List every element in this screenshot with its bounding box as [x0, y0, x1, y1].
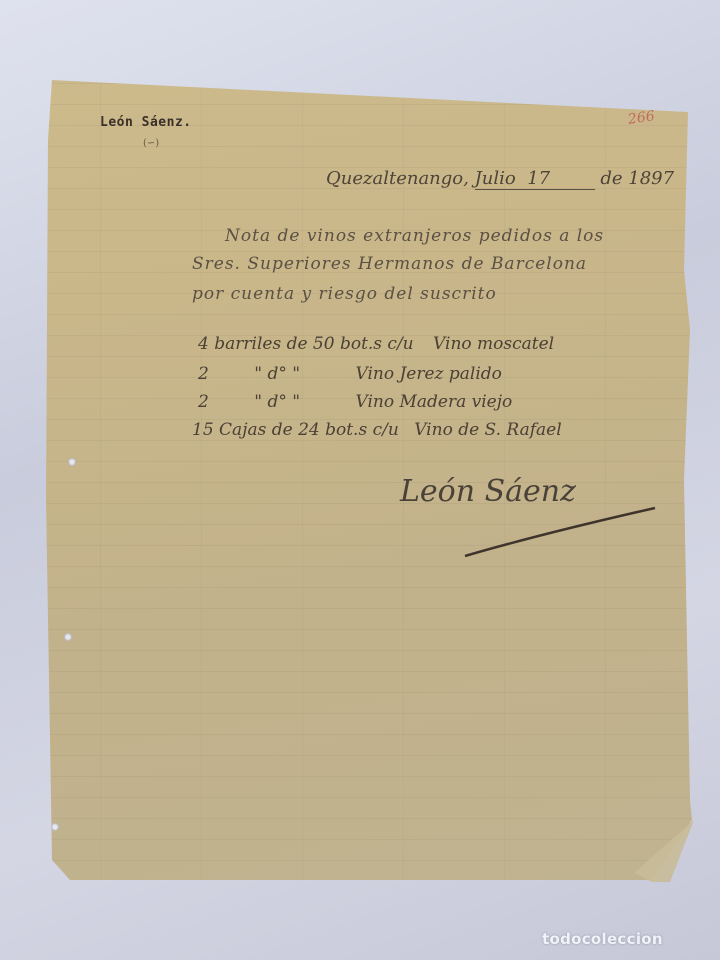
document-photo: León Sáenz. (∽) 266 Quezaltenango, Julio…: [0, 0, 720, 960]
signature-flourish: [460, 500, 660, 560]
date-de: de: [600, 168, 622, 189]
punch-hole: [64, 633, 72, 641]
body-line: Sres. Superiores Hermanos de Barcelona: [192, 254, 587, 274]
order-item: 15 Cajas de 24 bot.s c/u Vino de S. Rafa…: [192, 420, 562, 440]
letter-sheet: [0, 0, 720, 960]
body-line: por cuenta y riesgo del suscrito: [192, 284, 497, 304]
date-line: Quezaltenango, Julio 17 de 1897: [326, 168, 674, 190]
date-place: Quezaltenango,: [326, 168, 469, 189]
date-year: 1897: [628, 168, 674, 189]
order-item: 2 " d° " Vino Madera viejo: [198, 392, 512, 412]
letterhead: León Sáenz.: [100, 115, 192, 130]
punch-hole: [51, 823, 59, 831]
letterhead-ornament: (∽): [143, 138, 159, 149]
punch-hole: [68, 458, 76, 466]
watermark: todocoleccion: [542, 930, 663, 948]
order-item: 2 " d° " Vino Jerez palido: [198, 364, 502, 384]
order-item: 4 barriles de 50 bot.s c/u Vino moscatel: [198, 334, 554, 354]
date-month-day: Julio 17: [475, 168, 595, 190]
body-line: Nota de vinos extranjeros pedidos a los: [225, 226, 604, 246]
